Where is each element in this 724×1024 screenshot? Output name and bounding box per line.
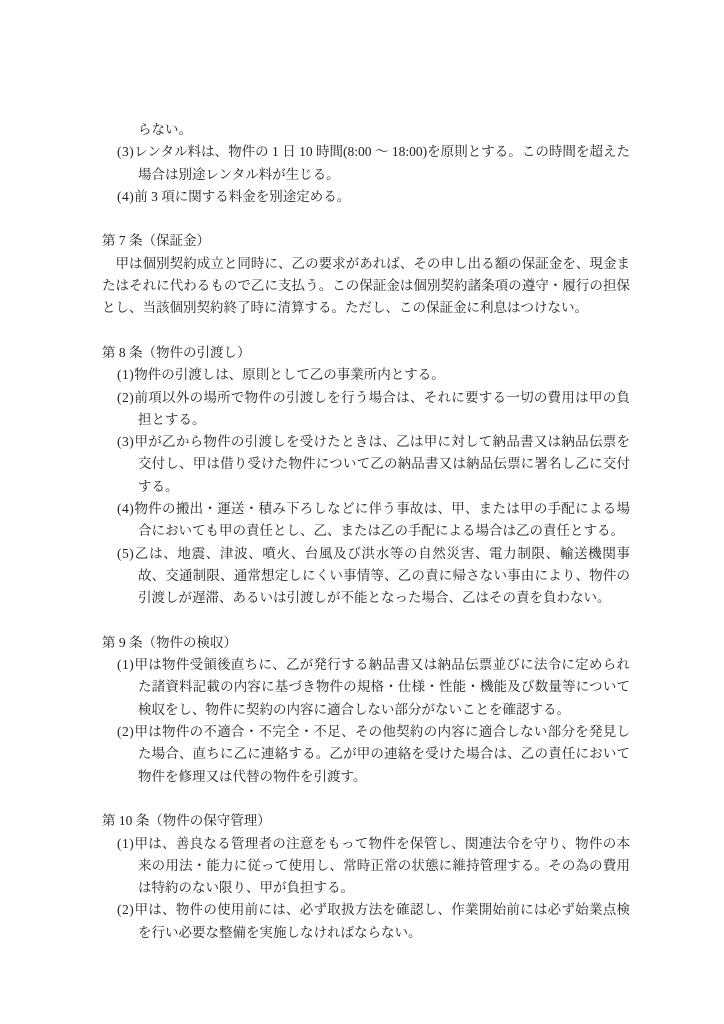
numbered-item: (1)甲は、善良なる管理者の注意をもって物件を保管し、関連法令を守り、物件の本来… <box>117 833 630 900</box>
section-article-8: 第 8 条（物件の引渡し）(1)物件の引渡しは、原則として乙の事業所内とする。(… <box>102 342 630 610</box>
article-paragraph: 甲は個別契約成立と同時に、乙の要求があれば、その申し出る額の保証金を、現金または… <box>102 253 630 320</box>
numbered-item: (1)甲は物件受領後直ちに、乙が発行する納品書又は納品伝票並びに法令に定められた… <box>117 654 630 721</box>
section-article-7: 第 7 条（保証金）甲は個別契約成立と同時に、乙の要求があれば、その申し出る額の… <box>102 230 630 319</box>
section-article-9: 第 9 条（物件の検収）(1)甲は物件受領後直ちに、乙が発行する納品書又は納品伝… <box>102 632 630 788</box>
numbered-item: (2)甲は、物件の使用前には、必ず取扱方法を確認し、作業開始前には必ず始業点検を… <box>117 899 630 944</box>
item-number: (3) <box>117 434 134 449</box>
item-number: (2) <box>117 724 134 739</box>
document-page: らない。(3)レンタル料は、物件の 1 日 10 時間(8:00 ～ 18:00… <box>0 0 724 1024</box>
article-heading: 第 9 条（物件の検収） <box>102 632 630 654</box>
numbered-item: (2)前項以外の場所で物件の引渡しを行う場合は、それに要する一切の費用は甲の負担… <box>117 387 630 432</box>
item-number: (1) <box>117 836 134 851</box>
numbered-item: (4)前 3 項に関する料金を別途定める。 <box>117 186 630 208</box>
numbered-item: (3)レンタル料は、物件の 1 日 10 時間(8:00 ～ 18:00)を原則… <box>117 141 630 186</box>
item-number: (2) <box>117 902 134 917</box>
numbered-item: (4)物件の搬出・運送・積み下ろしなどに伴う事故は、甲、または甲の手配による場合… <box>117 498 630 543</box>
article-heading: 第 7 条（保証金） <box>102 230 630 252</box>
item-number: (2) <box>117 390 134 405</box>
item-number: (3) <box>117 144 134 159</box>
item-number: (4) <box>117 189 134 204</box>
document-content: らない。(3)レンタル料は、物件の 1 日 10 時間(8:00 ～ 18:00… <box>102 119 630 944</box>
item-number: (1) <box>117 657 134 672</box>
item-number: (1) <box>117 367 134 382</box>
numbered-item: (5)乙は、地震、津波、噴火、台風及び洪水等の自然災害、電力制限、輸送機関事故、… <box>117 543 630 610</box>
section-previous-article-continuation: らない。(3)レンタル料は、物件の 1 日 10 時間(8:00 ～ 18:00… <box>102 119 630 208</box>
article-heading: 第 8 条（物件の引渡し） <box>102 342 630 364</box>
numbered-item: (1)物件の引渡しは、原則として乙の事業所内とする。 <box>117 364 630 386</box>
item-number: (5) <box>117 546 134 561</box>
section-article-10: 第 10 条（物件の保守管理）(1)甲は、善良なる管理者の注意をもって物件を保管… <box>102 810 630 944</box>
article-heading: 第 10 条（物件の保守管理） <box>102 810 630 832</box>
numbered-item: (2)甲は物件の不適合・不完全・不足、その他契約の内容に適合しない部分を発見した… <box>117 721 630 788</box>
item-continuation-line: らない。 <box>117 119 630 141</box>
numbered-item: (3)甲が乙から物件の引渡しを受けたときは、乙は甲に対して納品書又は納品伝票を交… <box>117 431 630 498</box>
item-number: (4) <box>117 501 134 516</box>
